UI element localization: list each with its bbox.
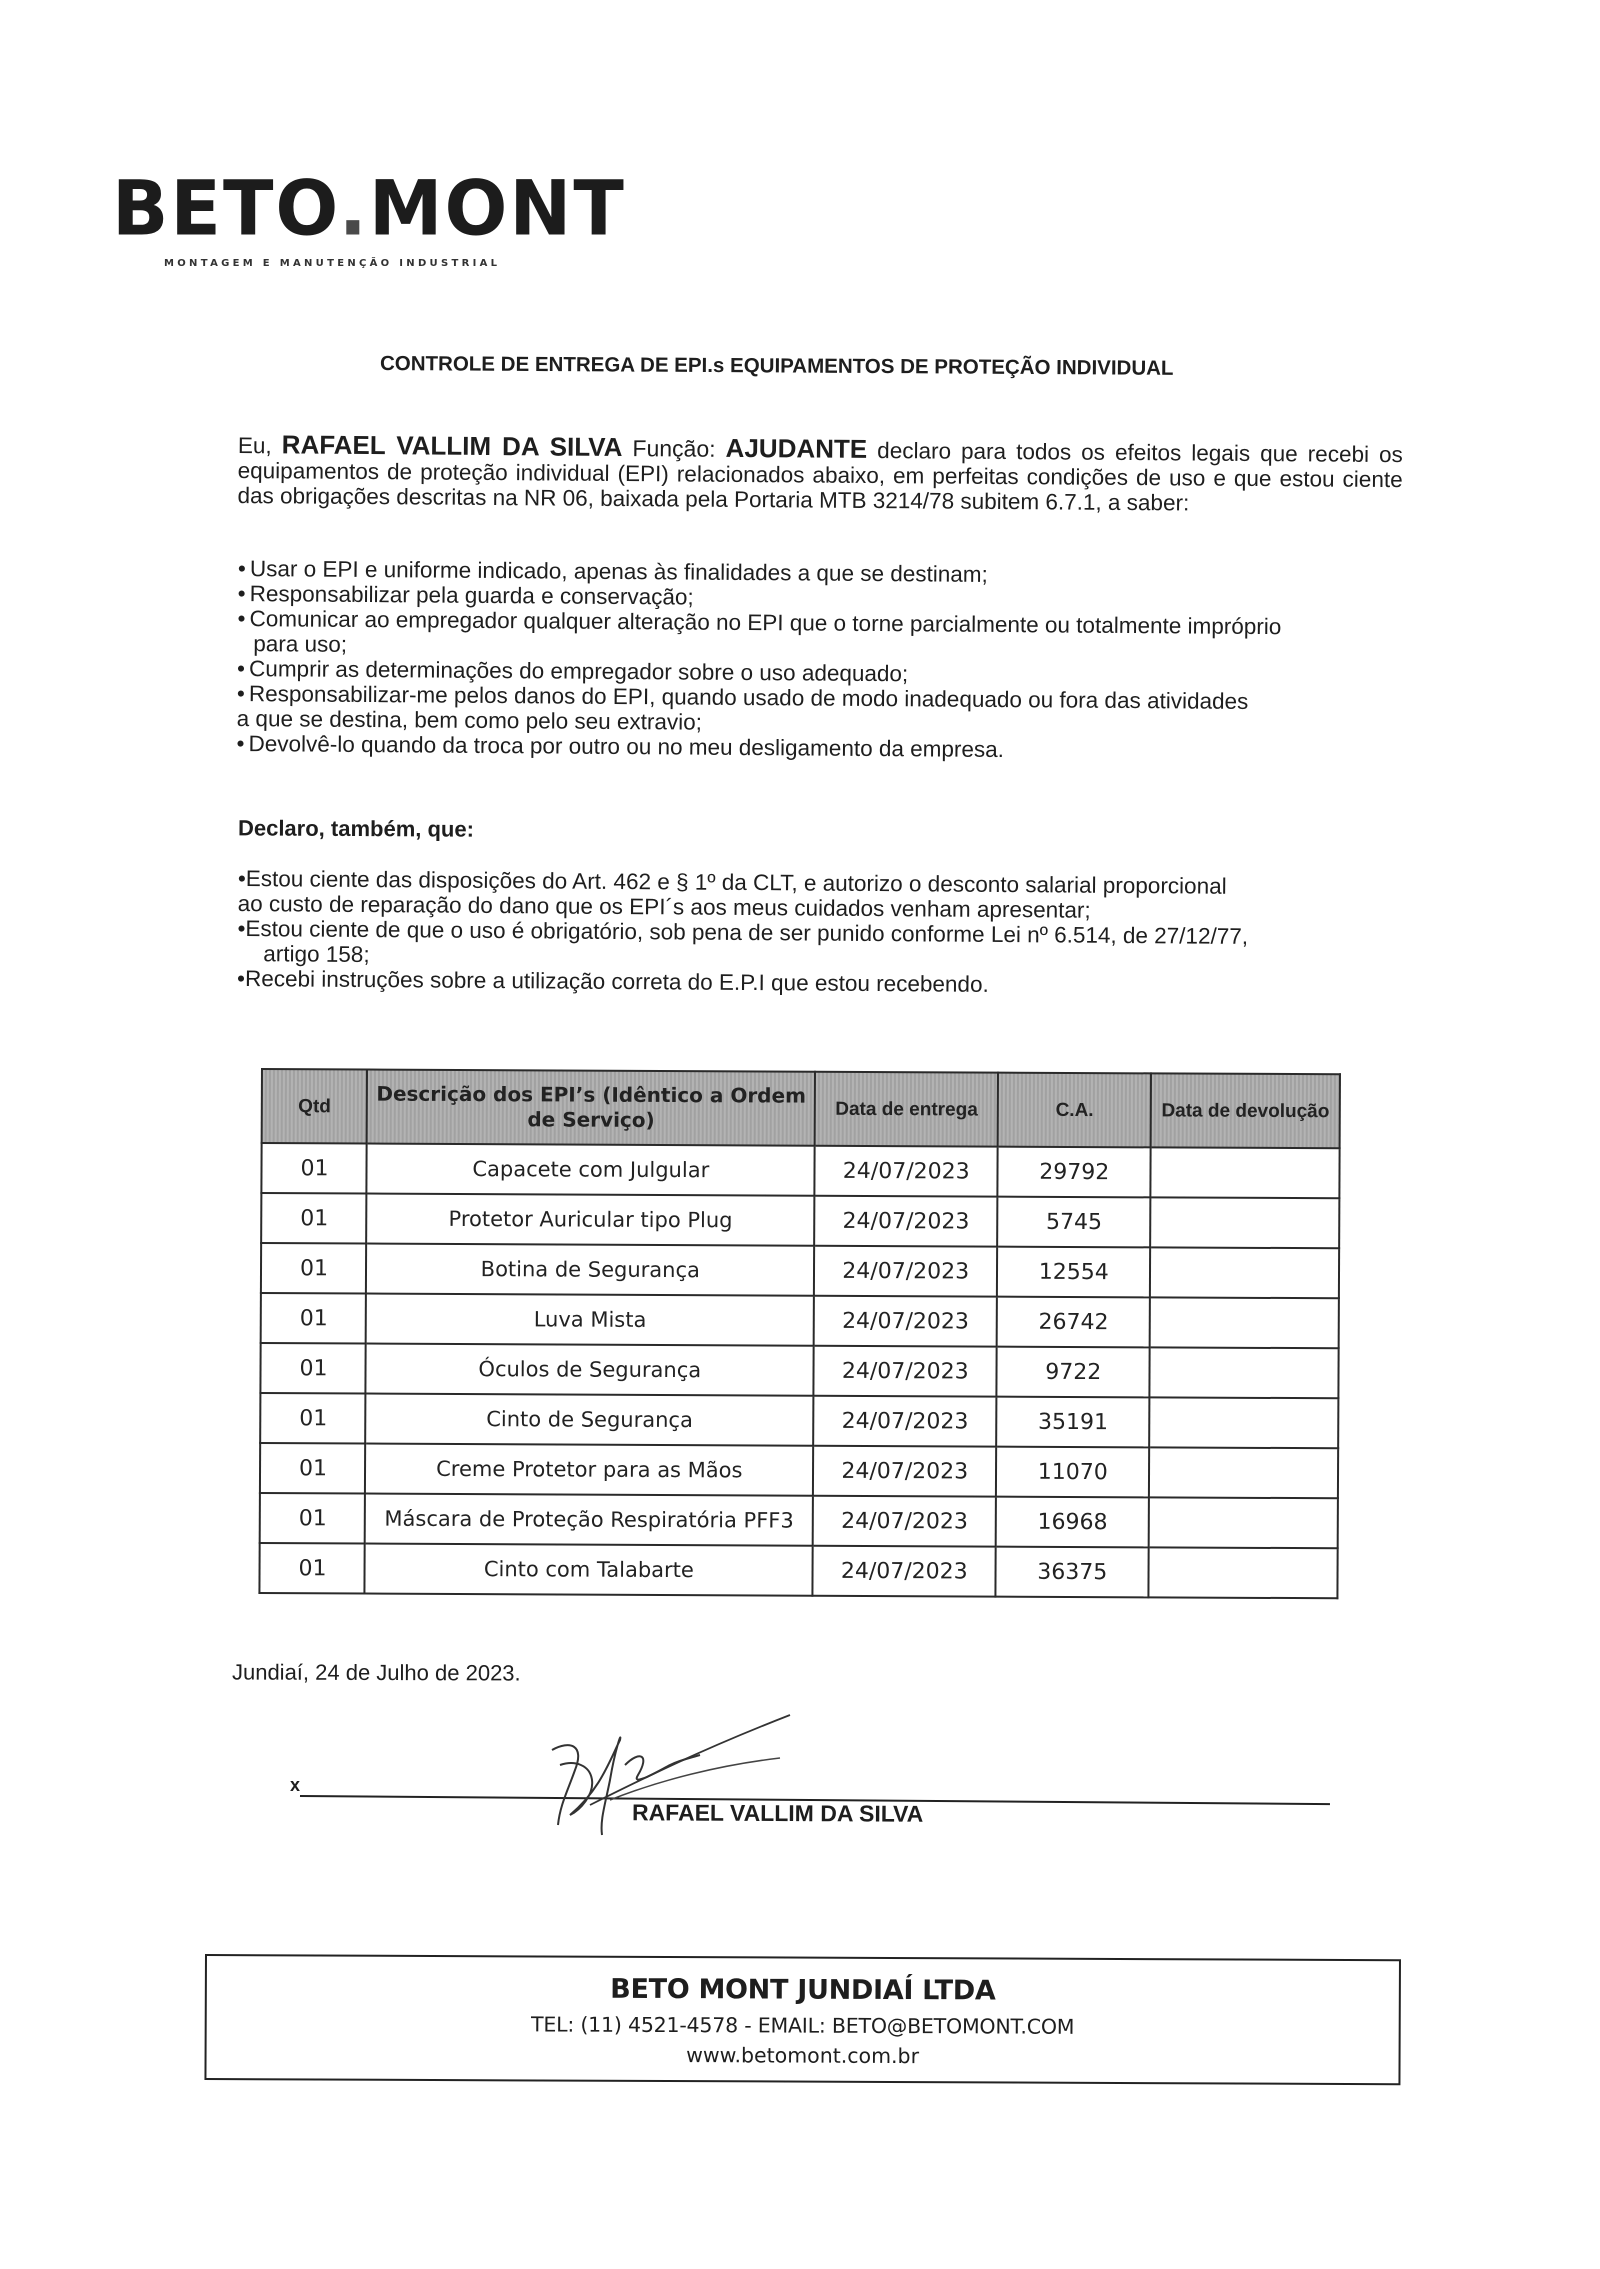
header-return-date: Data de devolução [1151,1073,1340,1148]
employee-name: RAFAEL VALLIM DA SILVA [282,429,623,462]
table-row: 01Capacete com Julgular24/07/202329792 [261,1143,1339,1198]
bullet-icon: • [238,581,250,606]
cell-ca: 11070 [996,1447,1149,1498]
table-row: 01Óculos de Segurança24/07/20239722 [260,1343,1338,1398]
logo-brand-left: BETO [112,165,339,253]
table-row: 01Protetor Auricular tipo Plug24/07/2023… [261,1193,1339,1248]
logo-brand-right: MONT [369,165,626,253]
company-footer: BETO MONT JUNDIAÍ LTDA TEL: (11) 4521-45… [204,1954,1401,2085]
cell-return-date [1149,1447,1338,1498]
cell-ca: 29792 [998,1147,1151,1198]
cell-qtd: 01 [260,1343,366,1394]
header-description: Descrição dos EPI’s (Idêntico a Ordem de… [367,1070,815,1146]
list-item-text: Responsabilizar pela guarda e conservaçã… [250,581,694,609]
header-qtd: Qtd [262,1069,368,1144]
cell-qtd: 01 [261,1193,367,1244]
cell-delivery-date: 24/07/2023 [814,1246,997,1297]
cell-ca: 12554 [997,1247,1150,1298]
cell-return-date [1150,1297,1339,1348]
cell-ca: 35191 [997,1397,1150,1448]
bullet-icon: • [236,731,248,756]
cell-return-date [1150,1347,1339,1398]
header-delivery-date: Data de entrega [815,1072,999,1147]
cell-qtd: 01 [261,1143,367,1194]
cell-return-date [1149,1497,1338,1548]
cell-qtd: 01 [259,1543,365,1594]
cell-ca: 26742 [997,1297,1150,1348]
bullet-icon: • [237,681,249,706]
footer-company-name: BETO MONT JUNDIAÍ LTDA [207,1972,1399,2008]
intro-paragraph: Eu, RAFAEL VALLIM DA SILVA Função: AJUDA… [237,432,1403,517]
cell-delivery-date: 24/07/2023 [813,1546,996,1597]
table-row: 01Luva Mista24/07/202326742 [261,1293,1339,1348]
table-row: 01Máscara de Proteção Respiratória PFF32… [260,1493,1338,1548]
place-date: Jundiaí, 24 de Julho de 2023. [232,1659,521,1686]
function-label: Função: [632,435,715,462]
cell-description: Protetor Auricular tipo Plug [367,1194,815,1246]
signature-marker: x [290,1775,300,1796]
obligations-list: •Usar o EPI e uniforme indicado, apenas … [236,556,1403,765]
cell-delivery-date: 24/07/2023 [813,1446,996,1497]
declarations-list: •Estou ciente das disposições do Art. 46… [237,866,1403,1000]
bullet-icon: • [238,556,250,581]
function-value: AJUDANTE [726,433,868,464]
list-item-text: Devolvê-lo quando da troca por outro ou … [248,731,1004,762]
bullet-icon: • [237,606,249,631]
cell-delivery-date: 24/07/2023 [813,1496,996,1547]
cell-return-date [1150,1197,1339,1248]
cell-return-date [1150,1247,1339,1298]
cell-description: Cinto de Segurança [366,1394,814,1446]
cell-description: Luva Mista [366,1294,814,1346]
header-ca: C.A. [998,1073,1151,1148]
list-item-text: Recebi instruções sobre a utilização cor… [245,966,989,997]
cell-description: Cinto com Talabarte [365,1544,813,1596]
cell-return-date [1151,1147,1340,1198]
cell-description: Creme Protetor para as Mãos [365,1444,813,1496]
cell-description: Capacete com Julgular [367,1144,815,1196]
table-row: 01Cinto com Talabarte24/07/202336375 [259,1543,1337,1598]
company-logo: BETO.MONT MONTAGEM E MANUTENÇÃO INDUSTRI… [112,172,626,269]
cell-qtd: 01 [260,1393,366,1444]
document-title: CONTROLE DE ENTREGA DE EPI.s EQUIPAMENTO… [380,352,1174,381]
epi-table-body: 01Capacete com Julgular24/07/20232979201… [259,1143,1339,1598]
cell-description: Óculos de Segurança [366,1344,814,1396]
table-row: 01Cinto de Segurança24/07/202335191 [260,1393,1338,1448]
cell-qtd: 01 [261,1293,367,1344]
cell-qtd: 01 [260,1493,366,1544]
cell-return-date [1149,1547,1338,1598]
epi-table: Qtd Descrição dos EPI’s (Idêntico a Orde… [258,1068,1341,1599]
footer-website[interactable]: www.betomont.com.br [207,2041,1399,2070]
cell-delivery-date: 24/07/2023 [814,1146,997,1197]
cell-return-date [1149,1397,1338,1448]
cell-delivery-date: 24/07/2023 [813,1396,996,1447]
cell-delivery-date: 24/07/2023 [814,1296,997,1347]
table-header-row: Qtd Descrição dos EPI’s (Idêntico a Orde… [262,1069,1340,1148]
bullet-icon: • [238,866,246,891]
logo-tagline: MONTAGEM E MANUTENÇÃO INDUSTRIAL [164,258,626,269]
signatory-name: RAFAEL VALLIM DA SILVA [632,1799,923,1828]
cell-ca: 5745 [997,1197,1150,1248]
cell-delivery-date: 24/07/2023 [814,1196,997,1247]
footer-contact: TEL: (11) 4521-4578 - EMAIL: BETO@BETOMO… [207,2011,1399,2040]
table-row: 01Creme Protetor para as Mãos24/07/20231… [260,1443,1338,1498]
cell-ca: 16968 [996,1497,1149,1548]
cell-qtd: 01 [260,1443,366,1494]
cell-description: Máscara de Proteção Respiratória PFF3 [365,1494,813,1546]
logo-dot-icon: . [339,165,369,253]
logo-wordmark: BETO.MONT [112,171,626,246]
cell-ca: 36375 [996,1547,1149,1598]
intro-prefix: Eu, [238,433,272,458]
cell-ca: 9722 [997,1347,1150,1398]
table-row: 01Botina de Segurança24/07/202312554 [261,1243,1339,1298]
cell-delivery-date: 24/07/2023 [814,1346,997,1397]
bullet-icon: • [237,966,245,991]
bullet-icon: • [237,916,245,941]
declaration-heading: Declaro, também, que: [238,815,474,842]
bullet-icon: • [237,656,249,681]
cell-qtd: 01 [261,1243,367,1294]
cell-description: Botina de Segurança [366,1244,814,1296]
